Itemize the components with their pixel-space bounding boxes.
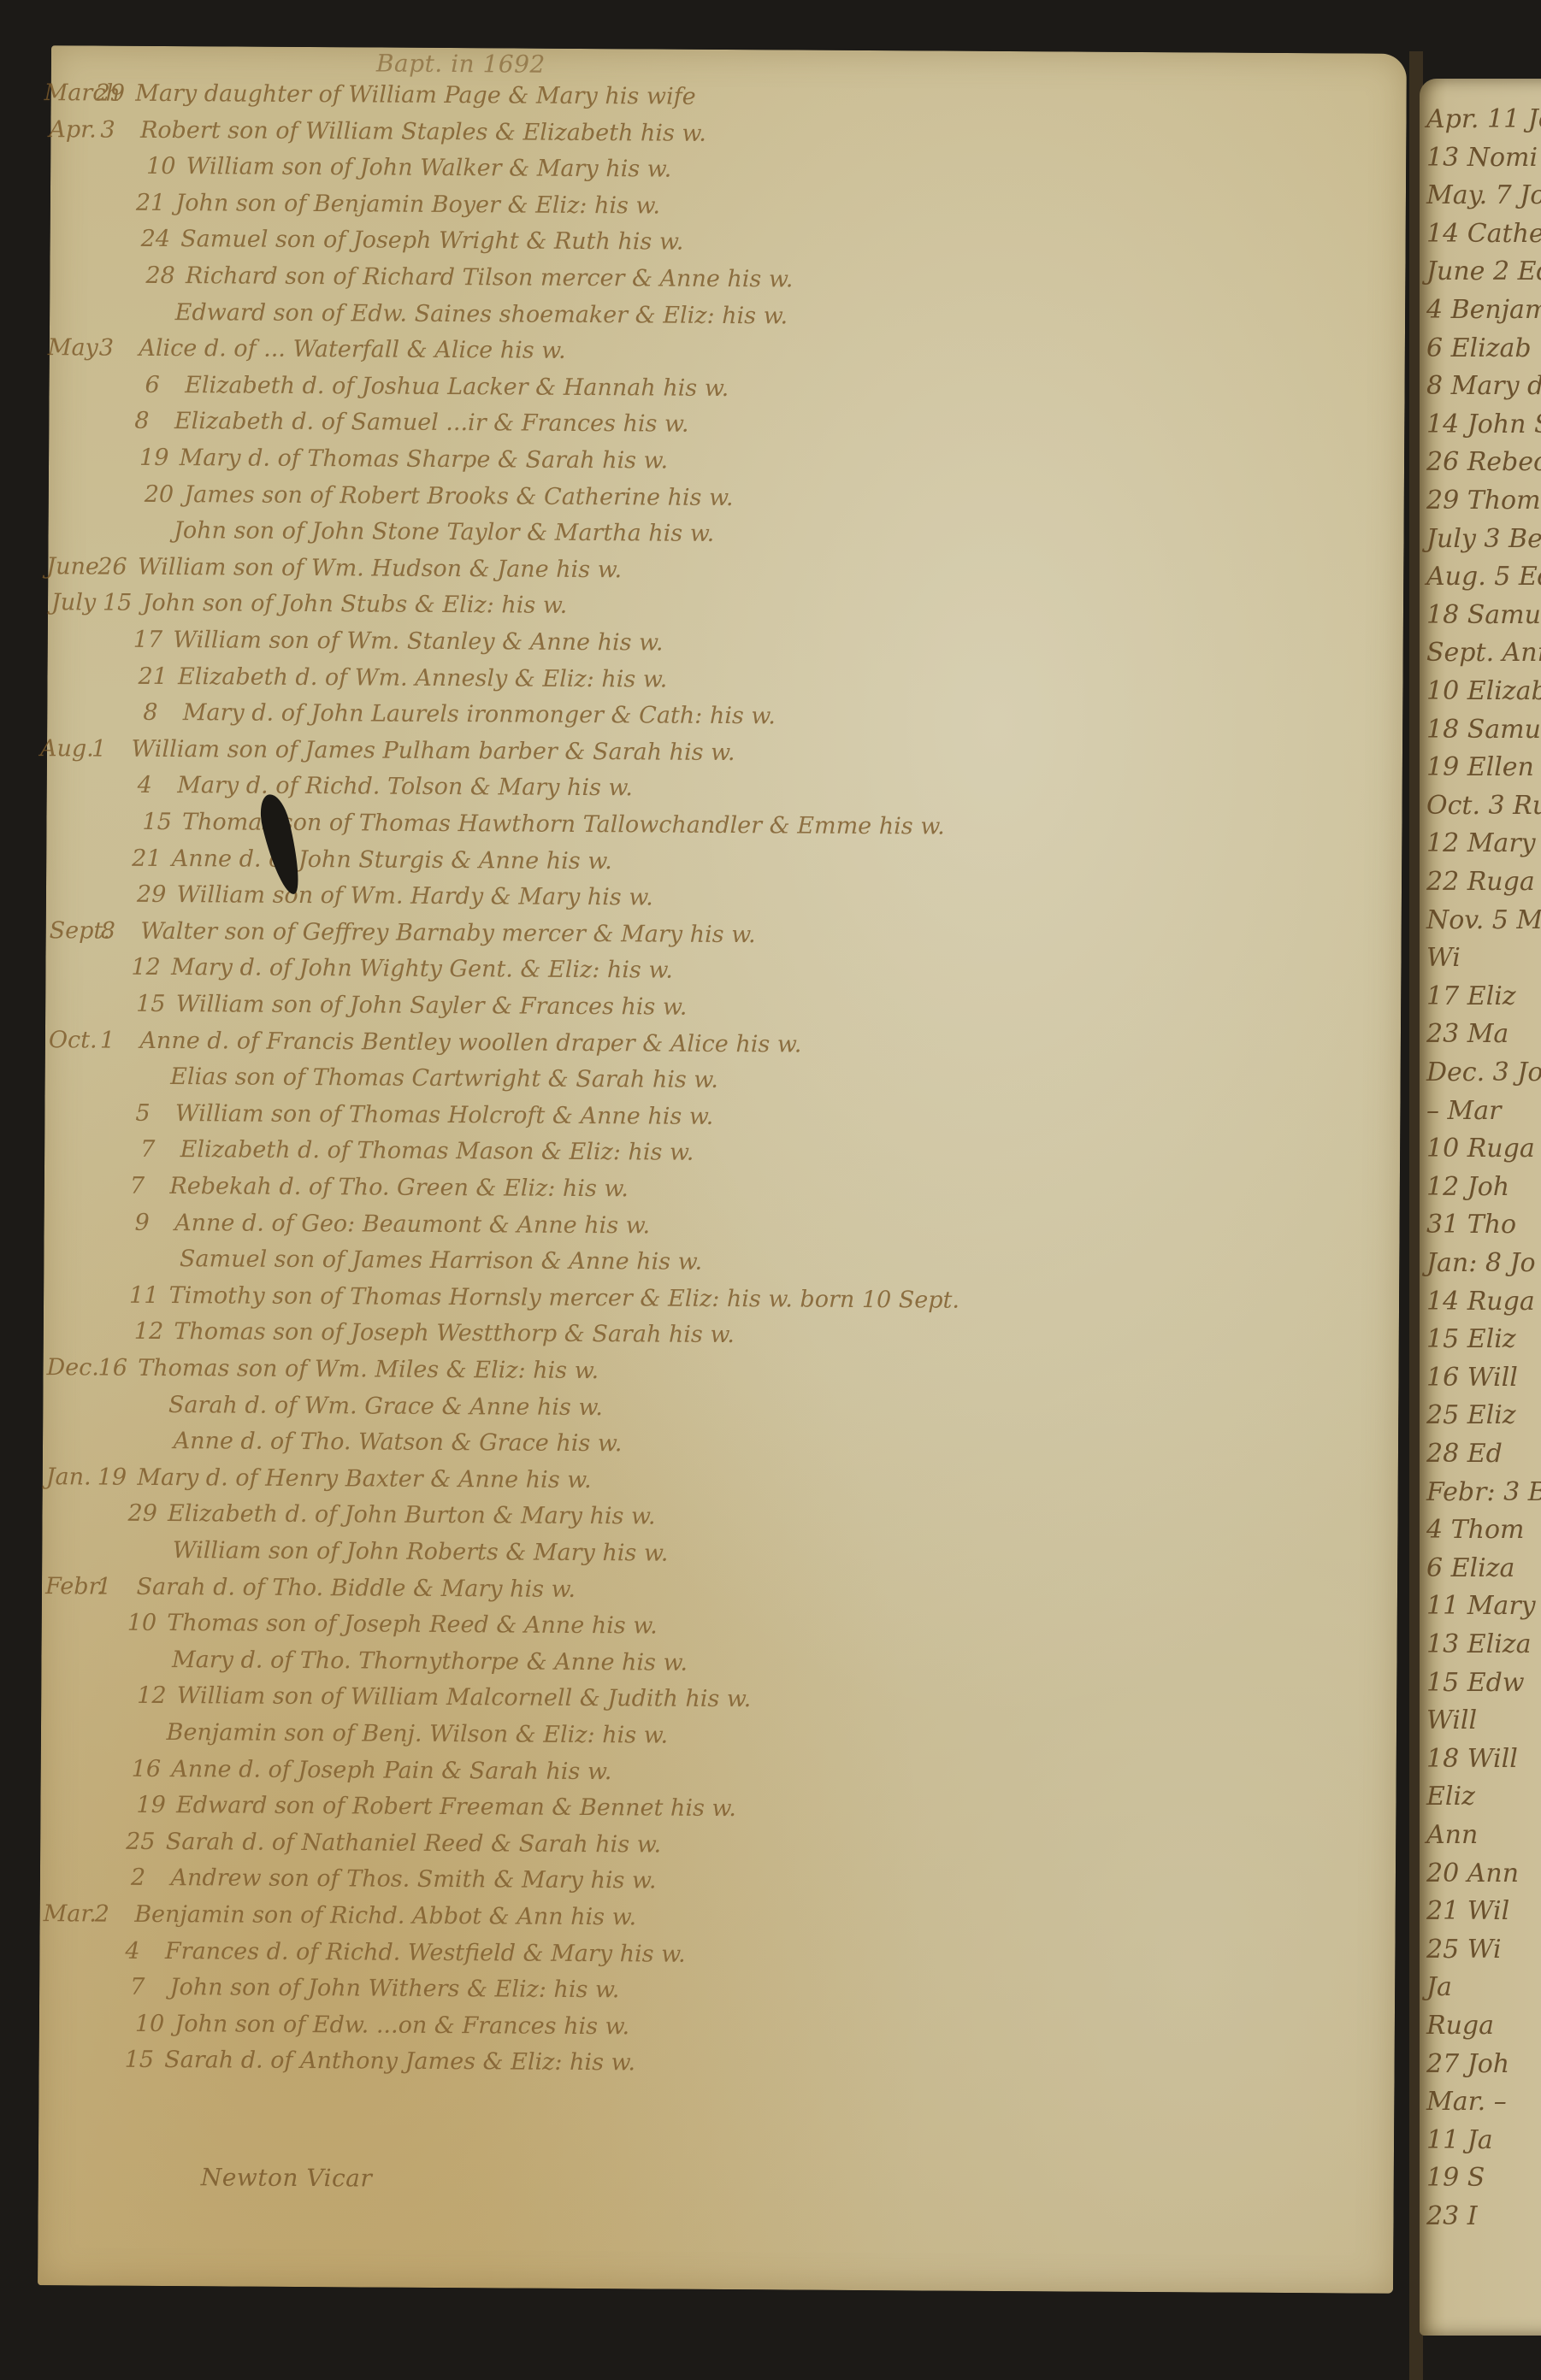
entry-text: Mary d. of John Wighty Gent. & Eliz: his… [163, 954, 673, 984]
entry-day: 21 [132, 845, 164, 871]
entry-text: Edward son of Edw. Saines shoemaker & El… [168, 299, 788, 329]
register-entry: William son of John Roberts & Mary his w… [81, 1536, 668, 1566]
facing-entry-fragment: 31 Tho [1426, 1210, 1516, 1240]
entry-day: 7 [130, 1974, 162, 2000]
entry-day: 8 [134, 408, 167, 434]
entry-day: 10 [127, 1610, 160, 1636]
entry-month: Aug. [40, 735, 92, 762]
entry-text: Samuel son of Joseph Wright & Ruth his w… [174, 226, 684, 256]
register-entry: 8 Elizabeth d. of Samuel ...ir & Frances… [83, 408, 688, 438]
entry-text: Thomas son of Joseph Westthorp & Sarah h… [167, 1318, 735, 1348]
facing-entry-fragment: 13 Nomi [1426, 143, 1538, 173]
register-entry: Mary d. of Tho. Thornythorpe & Anne his … [80, 1646, 688, 1676]
vicar-signature: Newton Vicar [201, 2163, 373, 2192]
entry-day: 28 [145, 262, 178, 289]
facing-entry-fragment: 14 Ruga [1426, 1287, 1535, 1317]
entry-day: 15 [142, 809, 174, 835]
entry-text: Benjamin son of Richd. Abbot & Ann his w… [127, 1901, 637, 1931]
entry-day: 16 [97, 1355, 130, 1381]
entry-text: Robert son of William Staples & Elizabet… [133, 116, 706, 146]
entry-day: 24 [141, 226, 174, 252]
facing-entry-fragment: May. 7 Joh [1426, 180, 1541, 210]
facing-entry-fragment: Will [1426, 1705, 1477, 1735]
entry-text: William son of Wm. Stanley & Anne his w. [166, 627, 664, 657]
register-entry: Sarah d. of Wm. Grace & Anne his w. [77, 1391, 603, 1421]
register-entry: 7 Rebekah d. of Tho. Green & Eliz: his w… [79, 1172, 629, 1202]
facing-entry-fragment: 14 Cathe [1426, 219, 1541, 249]
entry-text: Mary d. of Tho. Thornythorpe & Anne his … [164, 1647, 688, 1676]
register-entry: 19 Mary d. of Thomas Sharpe & Sarah his … [88, 444, 668, 474]
facing-entry-fragment: 13 Eliza [1426, 1629, 1532, 1659]
facing-entry-fragment: 25 Eliz [1426, 1400, 1516, 1430]
page-header: Bapt. in 1692 [376, 50, 546, 79]
register-entry: 11 Timothy son of Thomas Hornsly mercer … [78, 1281, 959, 1313]
entry-day: 21 [136, 190, 168, 216]
entry-text: James son of Robert Brooks & Catherine h… [177, 481, 734, 511]
register-entry: Elias son of Thomas Cartwright & Sarah h… [80, 1063, 718, 1094]
entry-text: Elizabeth d. of John Burton & Mary his w… [160, 1500, 655, 1530]
facing-entry-fragment: Febr: 3 Br [1426, 1477, 1541, 1507]
register-page-left: Bapt. in 1692 March29 Mary daughter of W… [38, 45, 1407, 2294]
entry-month: Jan. [46, 1464, 97, 1490]
entry-day: 20 [145, 480, 177, 507]
facing-entry-fragment: 4 Thom [1426, 1515, 1524, 1545]
facing-entry-fragment: 8 Mary d. [1426, 371, 1541, 401]
facing-entry-fragment: 29 Thoma [1426, 486, 1541, 515]
register-entry: Jan.19 Mary d. of Henry Baxter & Anne hi… [46, 1464, 592, 1493]
entry-day: 8 [143, 699, 175, 726]
entry-day: 29 [137, 881, 169, 908]
facing-entry-fragment: Eliz [1426, 1782, 1475, 1812]
register-entry: Mar.2 Benjamin son of Richd. Abbot & Ann… [44, 1900, 637, 1930]
facing-entry-fragment: 10 Ruga [1426, 1134, 1535, 1163]
register-entry: 9 Anne d. of Geo: Beaumont & Anne his w. [84, 1209, 651, 1239]
entry-day: 10 [146, 153, 179, 180]
entry-day: 29 [127, 1500, 160, 1527]
entry-day: 17 [133, 627, 166, 653]
register-entry: 5 William son of Thomas Holcroft & Anne … [84, 1099, 713, 1129]
entry-day: 2 [131, 1865, 163, 1891]
register-entry: John son of John Stone Taylor & Martha h… [82, 517, 714, 548]
facing-entry-fragment: – Mar [1426, 1096, 1501, 1126]
entry-text: Benjamin son of Benj. Wilson & Eliz: his… [159, 1719, 668, 1749]
facing-entry-fragment: Sept. Anne [1426, 638, 1541, 668]
register-entry: 29 William son of Wm. Hardy & Mary his w… [86, 881, 653, 911]
register-entry: Benjamin son of Benj. Wilson & Eliz: his… [75, 1718, 668, 1748]
facing-entry-fragment: 26 Rebec [1426, 447, 1541, 477]
facing-entry-fragment: 18 Samu [1426, 600, 1541, 630]
entry-text: Elizabeth d. of Wm. Annesly & Eliz: his … [170, 663, 667, 693]
entry-text: Sarah d. of Nathaniel Reed & Sarah his w… [158, 1829, 661, 1859]
entry-text: Richard son of Richard Tilson mercer & A… [178, 262, 793, 292]
register-entry: 29 Elizabeth d. of John Burton & Mary hi… [76, 1500, 655, 1530]
facing-entry-fragment: 28 Ed [1426, 1439, 1503, 1469]
register-entry: 15 William son of John Sayler & Frances … [85, 990, 687, 1020]
entry-text: Thomas son of Joseph Reed & Anne his w. [160, 1610, 658, 1640]
facing-entry-fragment: Apr. 11 Jona [1426, 104, 1541, 134]
entry-day: 4 [138, 772, 170, 798]
entry-month: May [48, 334, 99, 361]
entry-text: William son of John Walker & Mary his w. [179, 153, 671, 183]
register-entry: 4 Mary d. of Richd. Tolson & Mary his w. [86, 772, 633, 802]
facing-entry-fragment: Ruga [1426, 2011, 1494, 2041]
register-entry: 7 Elizabeth d. of Thomas Mason & Eliz: h… [89, 1136, 694, 1166]
entry-month: Apr. [49, 116, 100, 143]
entry-text: Rebekah d. of Tho. Green & Eliz: his w. [162, 1173, 629, 1202]
entry-day: 29 [96, 80, 128, 107]
register-entry: Aug.1 William son of James Pulham barber… [40, 735, 735, 766]
facing-entry-fragment: Aug. 5 Edw [1426, 562, 1541, 592]
entry-day: 9 [135, 1209, 168, 1235]
register-entry: 10 William son of John Walker & Mary his… [95, 153, 671, 183]
entry-month: Dec. [46, 1354, 97, 1381]
entry-text: Anne d. of John Sturgis & Anne his w. [164, 845, 612, 875]
entry-text: Elias son of Thomas Cartwright & Sarah h… [163, 1063, 718, 1093]
register-entry: 24 Samuel son of Joseph Wright & Ruth hi… [90, 226, 684, 256]
entry-day: 15 [136, 991, 168, 1017]
register-entry: March29 Mary daughter of William Page & … [44, 80, 696, 110]
entry-text: Anne d. of Tho. Watson & Grace his w. [166, 1428, 622, 1457]
entry-text: William son of Wm. Hudson & Jane his w. [130, 554, 622, 584]
entry-text: Mary daughter of William Page & Mary his… [128, 80, 696, 110]
facing-entry-fragment: 12 Mary [1426, 828, 1536, 858]
facing-entry-fragment: 15 Eliz [1426, 1324, 1516, 1354]
entry-text: Edward son of Robert Freeman & Bennet hi… [168, 1792, 736, 1822]
entry-day: 12 [137, 1682, 169, 1709]
entry-text: Samuel son of James Harrison & Anne his … [172, 1246, 702, 1275]
register-entry: 25 Sarah d. of Nathaniel Reed & Sarah hi… [74, 1828, 661, 1858]
entry-text: Mary d. of Richd. Tolson & Mary his w. [170, 772, 633, 801]
entry-text: Anne d. of Joseph Pain & Sarah his w. [164, 1756, 612, 1785]
entry-day: 1 [92, 735, 124, 762]
facing-entry-fragment: 17 Eliz [1426, 981, 1516, 1011]
entry-day: 21 [138, 663, 170, 689]
entry-month: Mar. [44, 1900, 95, 1927]
entry-text: Anne d. of Geo: Beaumont & Anne his w. [168, 1210, 651, 1239]
facing-entry-fragment: Jan: 8 Jo [1426, 1248, 1536, 1278]
entry-month: March [44, 80, 96, 106]
register-entry: Febr.1 Sarah d. of Tho. Biddle & Mary hi… [45, 1573, 576, 1603]
facing-entry-fragment: Ja [1426, 1972, 1452, 2002]
entry-day: 11 [129, 1282, 162, 1309]
entry-month: Sept. [50, 917, 101, 944]
entry-day: 19 [136, 1792, 168, 1818]
entry-day: 16 [132, 1755, 164, 1782]
facing-entry-fragment: June 2 Edw [1426, 256, 1541, 286]
register-entry: 6 Elizabeth d. of Joshua Lacker & Hannah… [94, 371, 729, 402]
entry-day: 8 [101, 917, 133, 944]
entry-text: Elizabeth d. of Thomas Mason & Eliz: his… [173, 1136, 694, 1166]
entry-text: William son of William Malcornell & Judi… [169, 1682, 751, 1712]
register-entry: 21 John son of Benjamin Boyer & Eliz: hi… [85, 189, 660, 219]
entry-text: William son of Thomas Holcroft & Anne hi… [168, 1100, 713, 1130]
entry-month: Oct. [49, 1027, 100, 1053]
facing-entry-fragment: Ann [1426, 1820, 1478, 1850]
facing-entry-fragment: 10 Elizab [1426, 676, 1541, 706]
register-entry: 8 Mary d. of John Laurels ironmonger & C… [92, 699, 776, 730]
entry-day: 1 [100, 1027, 133, 1053]
register-entry: Samuel son of James Harrison & Anne his … [88, 1246, 702, 1275]
entry-text: William son of John Sayler & Frances his… [168, 991, 687, 1021]
entry-month: July [51, 590, 103, 616]
entry-text: William son of Wm. Hardy & Mary his w. [169, 881, 653, 910]
facing-entry-fragment: Wi [1426, 943, 1461, 973]
register-entry: 2 Andrew son of Thos. Smith & Mary his w… [80, 1865, 657, 1894]
entry-day: 7 [130, 1173, 162, 1199]
register-entry: 16 Anne d. of Joseph Pain & Sarah his w. [80, 1755, 612, 1785]
entry-text: John son of John Stone Taylor & Martha h… [166, 517, 714, 547]
facing-entry-fragment: 4 Benjam [1426, 295, 1541, 325]
register-entry: 12 Thomas son of Joseph Westthorp & Sara… [83, 1318, 735, 1349]
register-page-right-edge: Apr. 11 Jona13 NomiMay. 7 Joh14 CatheJun… [1420, 79, 1541, 2336]
register-entry: 17 William son of Wm. Stanley & Anne his… [82, 626, 664, 656]
entry-text: William son of James Pulham barber & Sar… [124, 736, 735, 766]
entry-day: 12 [131, 954, 163, 981]
entry-text: Sarah d. of Anthony James & Eliz: his w. [157, 2047, 636, 2076]
register-entry: Apr.3 Robert son of William Staples & El… [49, 116, 706, 147]
entry-text: Thomas son of Wm. Miles & Eliz: his w. [130, 1355, 599, 1384]
entry-text: Walter son of Geffrey Barnaby mercer & M… [133, 918, 756, 948]
entry-text: Anne d. of Francis Bentley woollen drape… [133, 1027, 802, 1057]
entry-text: William son of John Roberts & Mary his w… [165, 1537, 668, 1567]
entry-day: 6 [145, 372, 177, 398]
facing-entry-fragment: July 3 Ben [1426, 524, 1541, 554]
entry-text: John son of John Stubs & Eliz: his w. [135, 590, 567, 619]
register-entry: Edward son of Edw. Saines shoemaker & El… [84, 298, 788, 329]
entry-day: 3 [99, 335, 132, 362]
register-entry: May3 Alice d. of ... Waterfall & Alice h… [48, 334, 566, 364]
register-entry: Anne d. of Tho. Watson & Grace his w. [82, 1428, 622, 1458]
facing-entry-fragment: 23 I [1426, 2201, 1478, 2231]
entry-day: 4 [125, 1937, 157, 1964]
register-entry: 7 John son of John Withers & Eliz: his w… [79, 1974, 619, 2004]
facing-entry-fragment: 19 S [1426, 2163, 1485, 2193]
entry-day: 10 [135, 2011, 168, 2037]
facing-entry-fragment: Oct. 3 Ruga [1426, 791, 1541, 821]
facing-entry-fragment: 11 Ja [1426, 2125, 1493, 2155]
entry-text: Sarah d. of Wm. Grace & Anne his w. [161, 1392, 603, 1421]
register-entry: 12 Mary d. of John Wighty Gent. & Eliz: … [80, 954, 673, 984]
facing-entry-fragment: 25 Wi [1426, 1935, 1502, 1965]
register-entry: Oct.1 Anne d. of Francis Bentley woollen… [49, 1027, 802, 1057]
register-entry: 21 Anne d. of John Sturgis & Anne his w. [80, 845, 612, 875]
register-entry: 20 James son of Robert Brooks & Catherin… [93, 480, 734, 511]
facing-entry-fragment: 18 Samu [1426, 715, 1541, 745]
register-entry: Sept.8 Walter son of Geffrey Barnaby mer… [50, 917, 756, 948]
entry-month: Febr. [45, 1573, 97, 1599]
register-entry: June26 William son of Wm. Hudson & Jane … [46, 553, 622, 583]
facing-entry-fragment: 15 Edw [1426, 1668, 1525, 1698]
register-entry: 19 Edward son of Robert Freeman & Bennet… [85, 1792, 736, 1823]
facing-entry-fragment: 18 Will [1426, 1744, 1518, 1774]
register-entry: 10 John son of Edw. ...on & Frances his … [84, 2010, 629, 2040]
entry-day: 19 [97, 1464, 130, 1490]
entry-text: Elizabeth d. of Joshua Lacker & Hannah h… [177, 372, 729, 402]
register-entry: Dec.16 Thomas son of Wm. Miles & Eliz: h… [46, 1354, 599, 1384]
entry-text: Sarah d. of Tho. Biddle & Mary his w. [129, 1573, 576, 1602]
entry-day: 15 [125, 2047, 157, 2073]
entry-text: John son of Edw. ...on & Frances his w. [168, 2011, 629, 2040]
facing-entry-fragment: Dec. 3 Jon [1426, 1057, 1541, 1087]
facing-entry-fragment: 21 Wil [1426, 1896, 1509, 1926]
register-entry: 12 William son of William Malcornell & J… [86, 1682, 751, 1713]
entry-text: Timothy son of Thomas Hornsly mercer & E… [162, 1282, 959, 1314]
entry-text: John son of John Withers & Eliz: his w. [162, 1974, 619, 2003]
entry-day: 25 [126, 1829, 158, 1855]
facing-entry-fragment: 23 Ma [1426, 1019, 1509, 1049]
entry-month: June [46, 553, 97, 580]
facing-entry-fragment: 27 Joh [1426, 2049, 1509, 2079]
entry-day: 12 [134, 1318, 167, 1345]
facing-entry-fragment: 6 Eliza [1426, 1553, 1514, 1583]
entry-text: Elizabeth d. of Samuel ...ir & Frances h… [167, 408, 688, 438]
entry-day: 5 [135, 1100, 168, 1127]
register-entry: July15 John son of John Stubs & Eliz: hi… [51, 590, 567, 620]
facing-entry-fragment: 14 John S [1426, 409, 1541, 439]
entry-day: 19 [139, 445, 172, 471]
entry-day: 7 [140, 1136, 173, 1163]
register-entry: 15 Thomas son of Thomas Hawthorn Tallowc… [91, 808, 944, 839]
entry-day: 1 [97, 1573, 129, 1599]
facing-entry-fragment: 16 Will [1426, 1363, 1518, 1393]
entry-text: Mary d. of John Laurels ironmonger & Cat… [175, 699, 776, 729]
facing-entry-fragment: 19 Ellen [1426, 752, 1534, 782]
register-entry: 28 Richard son of Richard Tilson mercer … [94, 262, 793, 292]
entry-day: 15 [103, 590, 135, 616]
entry-text: Frances d. of Richd. Westfield & Mary hi… [157, 1938, 685, 1968]
facing-entry-fragment: Mar. – [1426, 2087, 1507, 2117]
facing-entry-fragment: 20 Ann [1426, 1859, 1519, 1888]
entry-text: Mary d. of Henry Baxter & Anne his w. [130, 1464, 592, 1493]
register-entry: 21 Elizabeth d. of Wm. Annesly & Eliz: h… [86, 663, 667, 692]
entry-text: John son of Benjamin Boyer & Eliz: his w… [168, 190, 660, 220]
facing-entry-fragment: 6 Elizab [1426, 333, 1532, 363]
entry-day: 26 [97, 553, 130, 580]
entry-text: Andrew son of Thos. Smith & Mary his w. [163, 1865, 657, 1894]
facing-entry-fragment: 12 Joh [1426, 1172, 1509, 1202]
entry-day: 2 [95, 1901, 127, 1928]
facing-entry-fragment: 22 Ruga [1426, 867, 1535, 897]
entry-text: Mary d. of Thomas Sharpe & Sarah his w. [172, 445, 668, 474]
register-entry: 10 Thomas son of Joseph Reed & Anne his … [76, 1610, 658, 1640]
register-entry: 4 Frances d. of Richd. Westfield & Mary … [74, 1937, 685, 1967]
register-entry: 15 Sarah d. of Anthony James & Eliz: his… [74, 2047, 636, 2077]
facing-entry-fragment: 11 Mary [1426, 1591, 1536, 1621]
facing-entry-fragment: Nov. 5 Ma [1426, 905, 1541, 935]
entry-text: Alice d. of ... Waterfall & Alice his w. [132, 335, 566, 364]
entry-day: 3 [100, 116, 133, 143]
